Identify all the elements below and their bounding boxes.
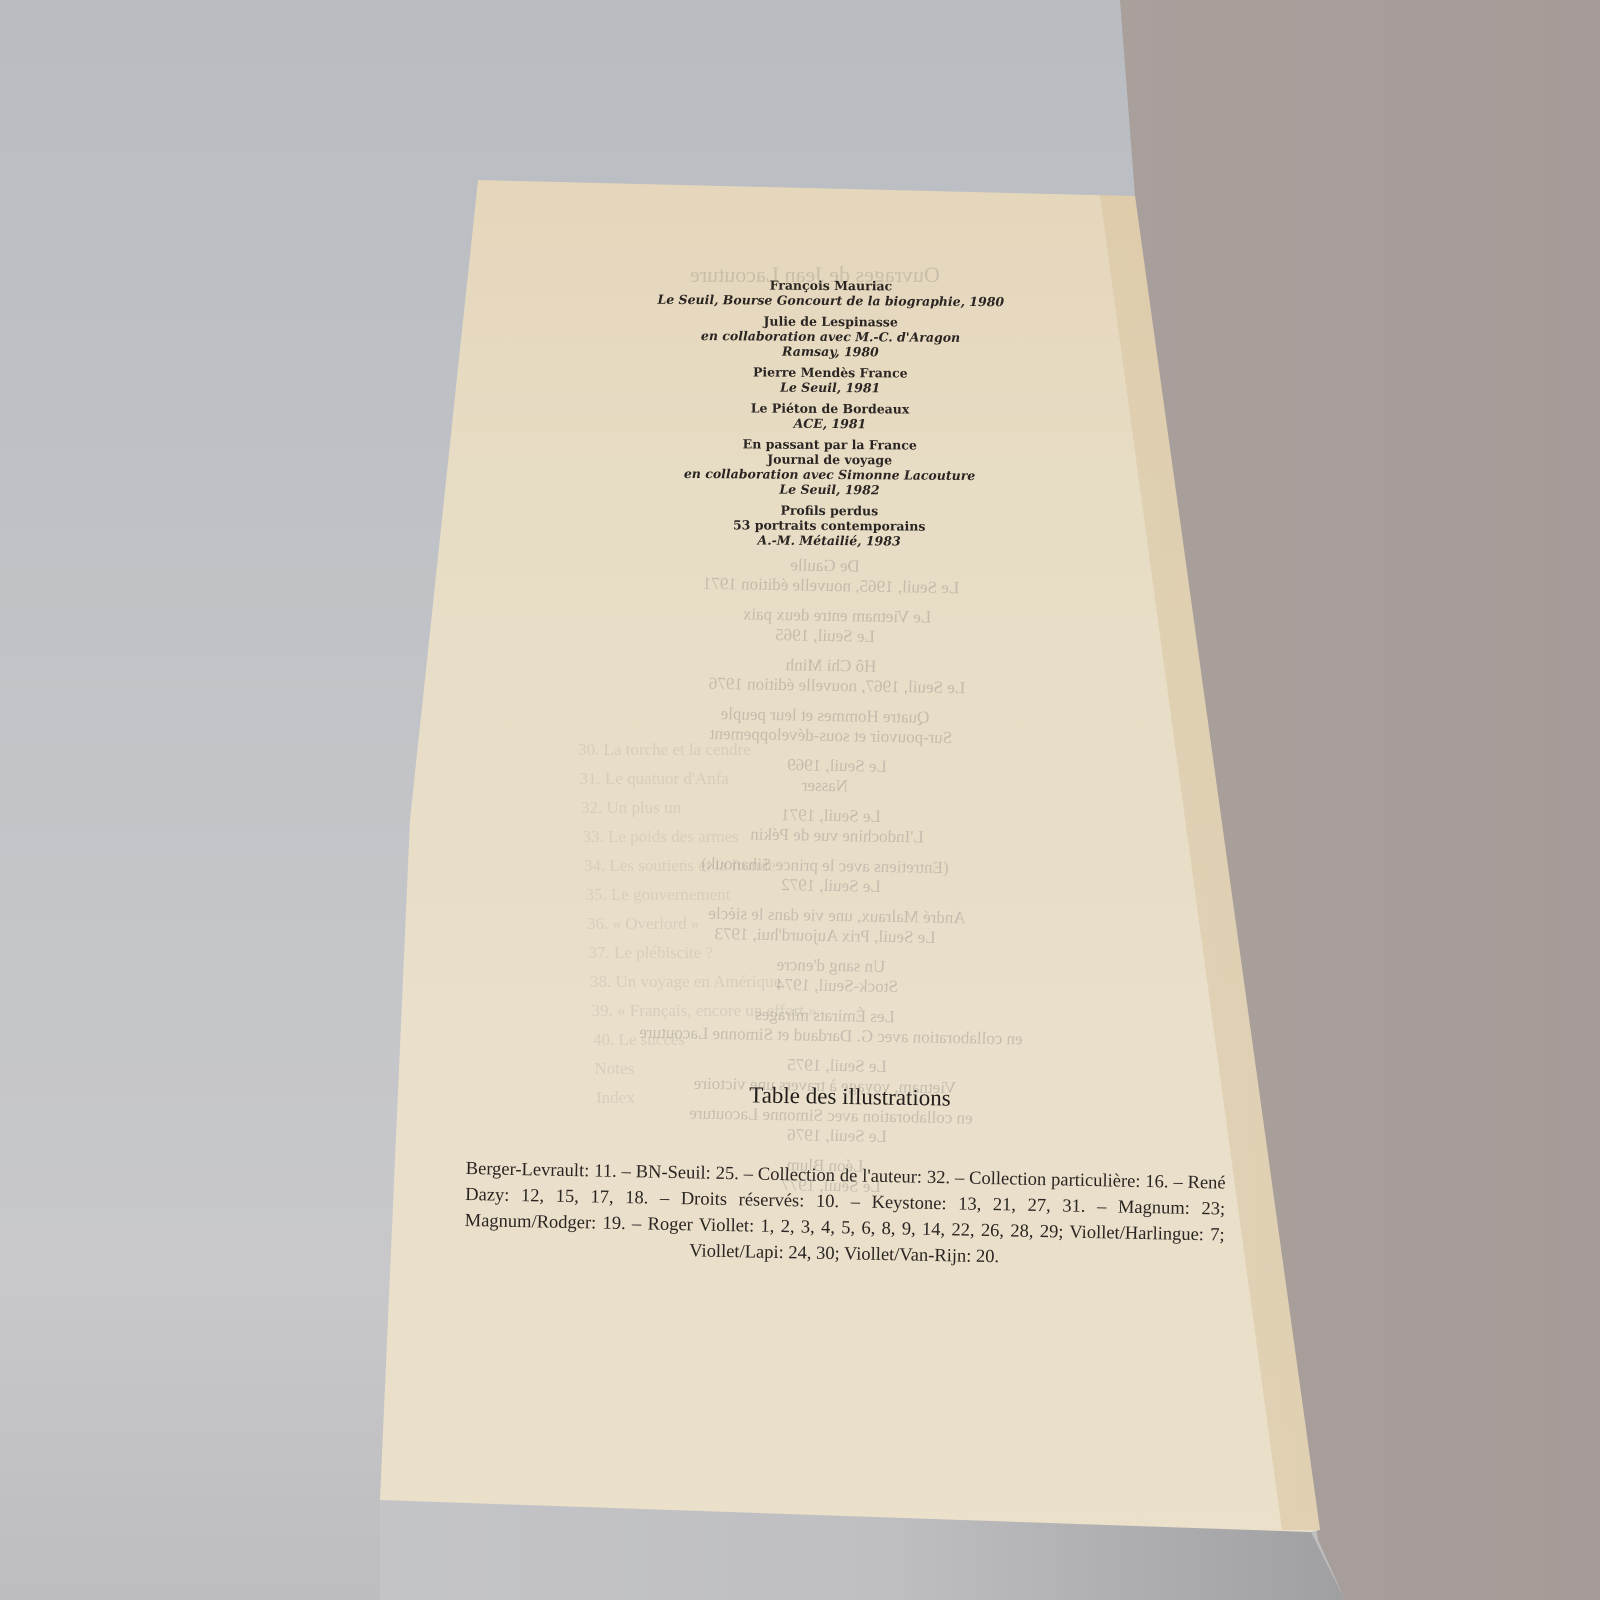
show-through-toc-line: 35. Le gouvernement (586, 885, 731, 905)
show-through-toc-line: 39. « Français, encore un effort » (592, 1001, 817, 1021)
show-through-toc-line: 33. Le poids des armes (583, 827, 739, 847)
entry-publication: Ramsay, 1980 (630, 343, 1030, 361)
entry-publication: Le Seuil, Bourse Goncourt de la biograph… (631, 292, 1031, 310)
bibliography-entry: François MauriacLe Seuil, Bourse Goncour… (631, 277, 1031, 310)
bibliography-list: François MauriacLe Seuil, Bourse Goncour… (629, 277, 1031, 556)
entry-publication: A.-M. Métailié, 1983 (629, 532, 1029, 550)
show-through-toc-line: 40. Le succès (593, 1030, 685, 1050)
bibliography-entry: Le Piéton de BordeauxACE, 1981 (630, 400, 1030, 433)
bibliography-entry: Profils perdus53 portraits contemporains… (629, 502, 1029, 550)
show-through-toc-line: 38. Un voyage en Amérique (590, 972, 781, 992)
show-through-toc-line: 37. Le plébiscite ? (589, 943, 714, 963)
show-through-toc-line: 34. Les soutiens et la fronde (584, 856, 776, 876)
entry-publication: Le Seuil, 1981 (630, 379, 1030, 397)
show-through-toc-line: 32. Un plus un (581, 798, 681, 818)
show-through-toc-line: 31. Le quatuor d'Anfa (580, 769, 729, 789)
show-through-toc-line: Index (596, 1088, 635, 1108)
bibliography-entry: En passant par la FranceJournal de voyag… (629, 436, 1029, 499)
entry-publication: ACE, 1981 (630, 415, 1030, 433)
bibliography-entry: Julie de Lespinasseen collaboration avec… (630, 313, 1030, 361)
show-through-toc-line: 30. La torche et la cendre (578, 740, 751, 760)
bibliography-entry: Pierre Mendès FranceLe Seuil, 1981 (630, 364, 1030, 397)
photo-scene: Ouvrages de Jean Lacouture De GaulleLe S… (0, 0, 1600, 1600)
entry-publication: Le Seuil, 1982 (629, 481, 1029, 499)
entry-publication: en collaboration avec Simonne Lacouture (630, 466, 1030, 484)
show-through-toc-line: Notes (595, 1059, 635, 1079)
illustrations-heading: Table des illustrations (700, 1082, 1000, 1113)
illustrations-credits: Berger-Levrault: 11. – BN-Seuil: 25. – C… (464, 1156, 1226, 1275)
show-through-toc-line: 36. « Overlord » (587, 914, 699, 934)
